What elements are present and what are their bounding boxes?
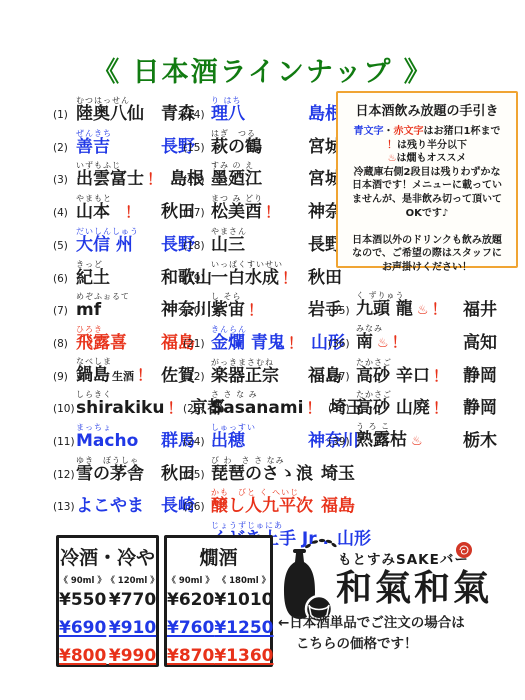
guide-text-segment: なので、ご希望の際はスタッフに — [352, 248, 502, 259]
item-name-block: すみ の え墨廼江 — [211, 161, 300, 189]
item-name: shirakiku — [76, 399, 164, 418]
item-name-line: 大信 州 — [76, 236, 133, 255]
item-name-block: しゅっすい出穂 — [211, 423, 300, 451]
item-number: (8) — [53, 338, 76, 353]
item-name-block: やまもと山本！ — [76, 194, 153, 222]
item-name-line: 雪の茅舎 — [76, 465, 144, 484]
item-number: (13) — [53, 501, 76, 516]
guide-text-segment: ませんが、是非飲み切って頂いて — [352, 194, 502, 205]
item-number: (3) — [53, 174, 76, 189]
guide-text-segment: ・ — [384, 126, 394, 137]
guide-line: 冷蔵庫右側2段目は残りわずかな — [342, 166, 512, 180]
price-value: ¥1250 — [214, 614, 273, 642]
guide-text-segment: 青文字 — [354, 126, 384, 137]
item-name: 雪の茅舎 — [76, 465, 144, 484]
low-stock-bang-icon: ！ — [248, 301, 263, 320]
item-name: よこやま — [76, 497, 144, 516]
guide-line: 青文字・赤文字はお猪口1杯まで — [342, 125, 512, 139]
low-stock-bang-icon: ！ — [125, 203, 140, 222]
item-number: (35) — [328, 305, 356, 320]
item-name-block: たかさご高砂 山廃！ — [356, 390, 455, 418]
cold-sake-title: 冷酒・冷や — [59, 543, 156, 570]
sake-item: (18)やまさん山三長野 — [183, 224, 342, 255]
item-name-block: いっぱくすいせい一白水成！ — [211, 260, 300, 288]
item-number: (7) — [53, 305, 76, 320]
item-name-block: むつはっせん陸奥八仙 — [76, 96, 153, 124]
sake-item: (1)むつはっせん陸奥八仙青森 — [53, 93, 195, 124]
sake-item: (26)かも びと く へいじ醸し人九平次福島 — [183, 485, 355, 516]
item-name-block: かも びと く へいじ醸し人九平次 — [211, 488, 313, 516]
item-name-line: 飛露喜 — [76, 334, 127, 353]
price-value: ¥800 — [59, 642, 106, 670]
single-order-note-line2: こちらの価格です！ — [296, 632, 418, 652]
guide-text-segment: 赤文字 — [394, 126, 424, 137]
hot-spring-icon: ♨ — [417, 301, 429, 320]
item-name: 高砂 山廃 — [356, 399, 430, 418]
item-number: (11) — [53, 436, 76, 451]
item-name-line: 墨廼江 — [211, 170, 262, 189]
item-name-line: 熟露枯♨ — [356, 431, 423, 451]
item-name-block: り はち理八 — [211, 96, 300, 124]
price-value: ¥1360 — [214, 642, 273, 670]
size-label: 《 90ml 》 — [59, 574, 106, 586]
sake-item: (9)なべしま鍋島生酒！佐賀 — [53, 355, 195, 386]
warm-sake-title: 燗酒 — [167, 543, 270, 570]
sake-item: (17)まつ み どり松美酉！神奈川 — [183, 191, 359, 222]
item-name: 山本 — [76, 203, 110, 222]
item-name: 九頭 龍 — [356, 300, 413, 319]
sake-item: (35)く ずりゅう九頭 龍♨！福井 — [328, 289, 497, 320]
item-name-line: 九頭 龍♨！ — [356, 300, 447, 320]
item-number: (1) — [53, 109, 76, 124]
item-name-line: Macho — [76, 432, 138, 451]
item-name-line: 南♨！ — [356, 333, 407, 353]
sake-item: (8)ひろき飛露喜福島 — [53, 322, 195, 353]
item-number: (39) — [328, 436, 356, 451]
item-name-block: なべしま鍋島生酒！ — [76, 357, 153, 386]
sake-item: (5)だいしんしゅう大信 州長野 — [53, 224, 195, 255]
item-number: (37) — [328, 371, 356, 386]
item-number: (6) — [53, 273, 76, 288]
item-number: (14) — [183, 109, 211, 124]
item-name-block: みなみ南♨！ — [356, 324, 455, 353]
item-number: (25) — [183, 469, 211, 484]
guide-text-segment: は燗もオススメ — [397, 153, 467, 164]
item-name-block: はぎ つる萩の鶴 — [211, 129, 300, 157]
item-name-line: 紫宙！ — [211, 301, 263, 320]
sake-item: (22)がっきまさむね楽器正宗福島 — [183, 355, 342, 386]
item-number: (16) — [183, 174, 211, 189]
low-stock-bang-icon: ！ — [137, 366, 152, 385]
hanko-seal-icon — [455, 541, 473, 559]
item-name-block: よこやま — [76, 488, 153, 516]
guide-text-segment: 日本酒です！メニューに載ってい — [352, 180, 502, 191]
item-number: (19) — [183, 273, 211, 288]
item-name: 出穂 — [211, 432, 245, 451]
item-name-block: いずもふじ出雲富士！ — [76, 161, 162, 189]
guide-line: お声掛けください！ — [342, 261, 512, 275]
item-name-block: きっど紀土 — [76, 260, 153, 288]
guide-text-segment: は残り半分以下 — [397, 140, 467, 151]
item-name-line: 高砂 辛口！ — [356, 367, 448, 386]
item-name-line: 一白水成！ — [211, 269, 297, 288]
item-number: (17) — [183, 207, 211, 222]
item-name-line: 紀土 — [76, 269, 110, 288]
item-name: 理八 — [211, 105, 245, 124]
item-name: Macho — [76, 432, 138, 451]
item-name: 南 — [356, 333, 373, 352]
item-name-block: やまさん山三 — [211, 227, 300, 255]
item-prefecture: 静岡 — [463, 361, 497, 386]
item-name-line: 山三 — [211, 236, 245, 255]
sake-item: (13) よこやま長崎 — [53, 485, 195, 516]
item-name-line: 高砂 山廃！ — [356, 399, 448, 418]
item-number: (36) — [328, 338, 356, 353]
item-name-line: 醸し人九平次 — [211, 497, 313, 516]
item-name: 山三 — [211, 236, 245, 255]
warm-sake-price-box: 燗酒 《 90ml 》《 180ml 》¥620¥1010¥760¥1250¥8… — [164, 535, 273, 667]
guide-line: なので、ご希望の際はスタッフに — [342, 247, 512, 261]
price-value: ¥620 — [167, 586, 214, 614]
guide-text-segment: OKです♪ — [406, 208, 449, 219]
item-name: 醸し人九平次 — [211, 497, 313, 516]
item-number: (5) — [53, 240, 76, 255]
size-label: 《 90ml 》 — [167, 574, 214, 586]
item-name-block: たかさご高砂 辛口！ — [356, 358, 455, 386]
price-value: ¥770 — [106, 586, 158, 614]
drinking-guide-box: 日本酒飲み放題の手引き 青文字・赤文字はお猪口1杯まで！は残り半分以下♨は燗もオ… — [336, 91, 518, 268]
item-name: 紀土 — [76, 269, 110, 288]
price-value: ¥990 — [106, 642, 158, 670]
item-name-block: ぜんきち善吉 — [76, 129, 153, 157]
item-name: mf — [76, 301, 101, 320]
guide-text-segment: ♨ — [388, 153, 397, 164]
item-number: (10) — [53, 403, 76, 418]
cold-sake-grid: 《 90ml 》《 120ml 》¥550¥770¥690¥910¥800¥99… — [59, 574, 156, 670]
size-label: 《 120ml 》 — [106, 574, 158, 586]
low-stock-bang-icon: ！ — [432, 300, 447, 319]
sake-item: (21)きんらん金爛 青鬼！山形 — [183, 322, 345, 353]
sake-item: (36)みなみ南♨！高知 — [328, 322, 497, 353]
item-name: 琵琶のさゝ浪 — [211, 465, 313, 484]
logo-name: 和氣和氣 — [336, 560, 492, 611]
item-name: 高砂 辛口 — [356, 367, 430, 386]
item-prefecture: 埼玉 — [321, 459, 355, 484]
sake-item: (38)たかさご高砂 山廃！静岡 — [328, 387, 497, 418]
item-number: (21) — [183, 338, 211, 353]
hot-spring-icon: ♨ — [411, 432, 423, 451]
item-name-block: きんらん金爛 青鬼！ — [211, 325, 303, 353]
low-stock-bang-icon: ！ — [433, 367, 448, 386]
sake-item: (2)ぜんきち善吉長野 — [53, 126, 195, 157]
guide-line: 日本酒以外のドリンクも飲み放題 — [342, 234, 512, 248]
item-name: 大信 州 — [76, 236, 133, 255]
low-stock-bang-icon: ！ — [282, 269, 297, 288]
item-name-line: 鍋島生酒！ — [76, 366, 152, 386]
item-number: (15) — [183, 142, 211, 157]
item-number: (4) — [53, 207, 76, 222]
sake-item: (14)り はち理八島根 — [183, 93, 342, 124]
item-name-line: 松美酉！ — [211, 203, 280, 222]
item-name-block: ゆき ぼうしゃ雪の茅舎 — [76, 456, 153, 484]
item-name-block: く ずりゅう九頭 龍♨！ — [356, 291, 455, 320]
item-name-line: 琵琶のさゝ浪 — [211, 465, 313, 484]
low-stock-bang-icon: ！ — [167, 399, 182, 418]
guide-text-segment: 日本酒以外のドリンクも飲み放題 — [352, 235, 502, 246]
item-name-line: 山本！ — [76, 203, 140, 222]
low-stock-bang-icon: ！ — [147, 170, 162, 189]
price-value: ¥1010 — [214, 586, 273, 614]
item-name-line: 金爛 青鬼！ — [211, 334, 303, 353]
item-name: 一白水成 — [211, 269, 279, 288]
item-number: (2) — [53, 142, 76, 157]
guide-line: ♨は燗もオススメ — [342, 152, 512, 166]
price-value: ¥760 — [167, 614, 214, 642]
single-order-note-line1: ←日本酒単品でご注文の場合は — [278, 611, 465, 631]
item-number: (38) — [328, 403, 356, 418]
page-title: 《 日本酒ラインナップ 》 — [0, 50, 525, 89]
sake-item: (20)し そら紫宙！岩手 — [183, 289, 342, 320]
item-number: (22) — [183, 371, 211, 386]
guide-title: 日本酒飲み放題の手引き — [342, 100, 512, 119]
item-name-line: 善吉 — [76, 138, 110, 157]
item-name-line: 楽器正宗 — [211, 367, 279, 386]
guide-text-segment: はお猪口1杯まで — [424, 126, 501, 137]
item-name-line: shirakiku！ — [76, 399, 182, 418]
hot-spring-icon: ♨ — [377, 334, 389, 353]
item-name-block: がっきまさむね楽器正宗 — [211, 358, 300, 386]
item-name-line: 理八 — [211, 105, 245, 124]
item-name-line: 陸奥八仙 — [76, 105, 144, 124]
item-name-block: び わ さ さ なみ琵琶のさゝ浪 — [211, 456, 313, 484]
guide-text-segment: ！ — [387, 140, 397, 151]
item-name-block: しらきくshirakiku！ — [76, 390, 182, 418]
sake-item: (37)たかさご高砂 辛口！静岡 — [328, 355, 497, 386]
item-name-line: よこやま — [76, 497, 144, 516]
item-name: 熟露枯 — [356, 431, 407, 450]
item-suffix: 生酒 — [112, 367, 134, 386]
item-name-block: まっちょMacho — [76, 423, 153, 451]
item-name: 墨廼江 — [211, 170, 262, 189]
guide-line — [342, 220, 512, 234]
item-name-block: だいしんしゅう大信 州 — [76, 227, 153, 255]
sake-item: (19)いっぱくすいせい一白水成！秋田 — [183, 257, 342, 288]
sake-item: (4)やまもと山本！秋田 — [53, 191, 195, 222]
sake-item: (3)いずもふじ出雲富士！島根 — [53, 158, 204, 189]
price-value: ¥690 — [59, 614, 106, 642]
item-name: 陸奥八仙 — [76, 105, 144, 124]
sake-item: (25)び わ さ さ なみ琵琶のさゝ浪埼玉 — [183, 453, 355, 484]
cold-sake-price-box: 冷酒・冷や 《 90ml 》《 120ml 》¥550¥770¥690¥910¥… — [56, 535, 159, 667]
item-name: 金爛 青鬼 — [211, 334, 285, 353]
item-name: 松美酉 — [211, 203, 262, 222]
warm-sake-grid: 《 90ml 》《 180ml 》¥620¥1010¥760¥1250¥870¥… — [167, 574, 270, 670]
item-prefecture: 山形 — [337, 524, 371, 549]
item-number: (18) — [183, 240, 211, 255]
price-value: ¥870 — [167, 642, 214, 670]
sake-item: (39)う ろ こ熟露枯♨栃木 — [328, 420, 497, 451]
low-stock-bang-icon: ！ — [265, 203, 280, 222]
item-number: (20) — [183, 305, 211, 320]
item-prefecture: 福島 — [321, 491, 355, 516]
item-name-block: し そら紫宙！ — [211, 292, 300, 320]
item-name-line: Sasanami！ — [211, 399, 321, 418]
guide-line: 日本酒です！メニューに載ってい — [342, 179, 512, 193]
item-name-block: う ろ こ熟露枯♨ — [356, 422, 455, 451]
item-name: Sasanami — [211, 399, 303, 418]
item-number: (26) — [183, 501, 211, 516]
item-name: 紫宙 — [211, 301, 245, 320]
item-name-line: 出雲富士！ — [76, 170, 162, 189]
item-number: (12) — [53, 469, 76, 484]
item-name: 萩の鶴 — [211, 138, 262, 157]
item-name: 飛露喜 — [76, 334, 127, 353]
item-name-line: mf — [76, 301, 101, 320]
sake-item: (15)はぎ つる萩の鶴宮城 — [183, 126, 342, 157]
item-name: 出雲富士 — [76, 170, 144, 189]
item-name: 善吉 — [76, 138, 110, 157]
item-number: (24) — [183, 436, 211, 451]
item-name: 楽器正宗 — [211, 367, 279, 386]
sake-item: (11)まっちょMacho群馬 — [53, 420, 195, 451]
price-value: ¥910 — [106, 614, 158, 642]
price-value: ¥550 — [59, 586, 106, 614]
item-prefecture: 福井 — [463, 295, 497, 320]
item-prefecture: 高知 — [463, 328, 497, 353]
low-stock-bang-icon: ！ — [433, 399, 448, 418]
guide-lines: 青文字・赤文字はお猪口1杯まで！は残り半分以下♨は燗もオススメ冷蔵庫右側2段目は… — [342, 125, 512, 275]
item-name-line: 萩の鶴 — [211, 138, 262, 157]
item-name-block: さ さ な みSasanami！ — [211, 390, 321, 418]
item-name-block: ひろき飛露喜 — [76, 325, 153, 353]
item-name-line: 出穂 — [211, 432, 245, 451]
low-stock-bang-icon: ！ — [392, 333, 407, 352]
size-label: 《 180ml 》 — [214, 574, 273, 586]
guide-line: ませんが、是非飲み切って頂いて — [342, 193, 512, 207]
item-prefecture: 静岡 — [463, 393, 497, 418]
sake-item: (12)ゆき ぼうしゃ雪の茅舎秋田 — [53, 453, 195, 484]
guide-text-segment: 冷蔵庫右側2段目は残りわずかな — [354, 167, 501, 178]
sake-item: (16)すみ の え墨廼江宮城 — [183, 158, 342, 189]
guide-line: OKです♪ — [342, 207, 512, 221]
item-name: 鍋島 — [76, 366, 110, 385]
guide-line: ！は残り半分以下 — [342, 139, 512, 153]
low-stock-bang-icon: ！ — [306, 399, 321, 418]
item-name-block: まつ み どり松美酉！ — [211, 194, 300, 222]
item-name-block: めぞふぉるてmf — [76, 292, 153, 320]
item-prefecture: 栃木 — [463, 426, 497, 451]
item-number: (23) — [183, 403, 211, 418]
low-stock-bang-icon: ！ — [288, 334, 303, 353]
guide-text-segment: お声掛けください！ — [382, 262, 472, 273]
item-number: (9) — [53, 371, 76, 386]
